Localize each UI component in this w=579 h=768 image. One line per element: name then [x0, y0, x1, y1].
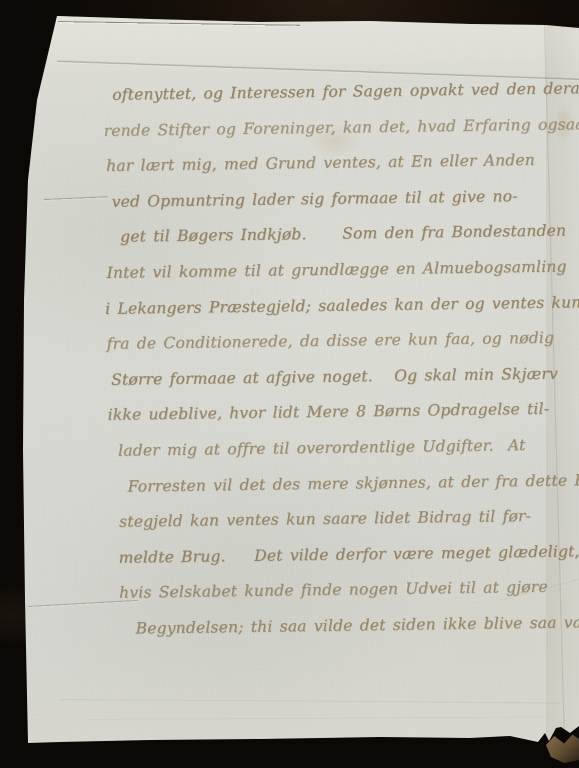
letter-paper-sheet: oftenyttet, og Interessen for Sagen opva…: [0, 0, 579, 768]
torn-corner-bottom-right: [546, 733, 579, 763]
letter-text-block: oftenyttet, og Interessen for Sagen opva…: [0, 79, 579, 657]
paper-top-fold-area: [0, 0, 579, 78]
photograph-backdrop: oftenyttet, og Interessen for Sagen opva…: [0, 0, 579, 768]
handwriting-line-16: Begyndelsen; thi saa vilde det siden ikk…: [135, 613, 579, 655]
